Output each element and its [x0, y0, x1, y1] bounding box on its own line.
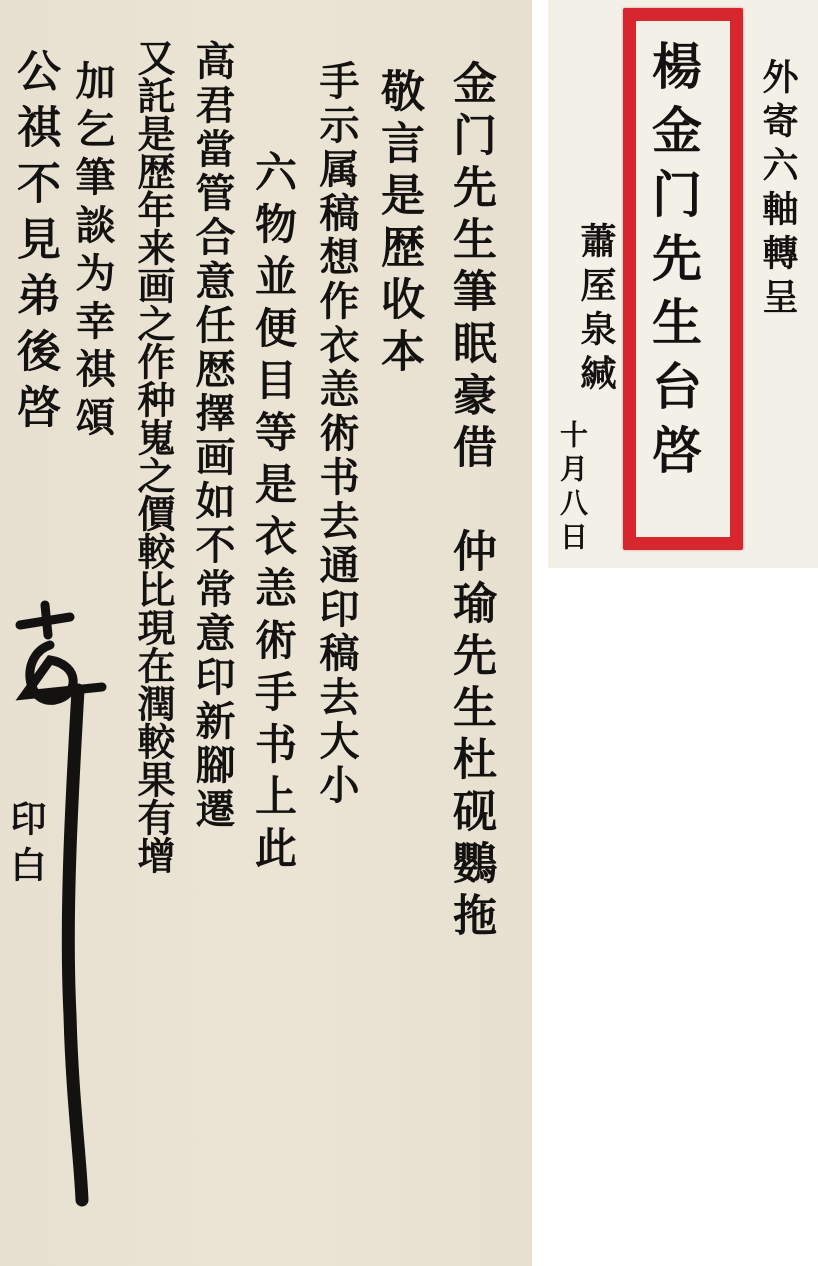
signature-flourish [10, 595, 110, 1215]
envelope-sender: 蕭厔泉緘 [578, 222, 614, 398]
letter-panel: 金门先生筆眠豪借 仲瑜先生杜砚鸚拖 敬言是歴收本 手示属稿想作衣恙術书去通印稿去… [0, 0, 532, 1266]
letter-column-3: 手示属稿想作衣恙術书去通印稿去大小 [316, 60, 356, 808]
letter-column-7: 加乞筆談为幸祺頌 [72, 60, 112, 444]
envelope-panel: 楊金门先生台啓 外寄六軸轉呈 蕭厔泉緘 十月八日 [548, 0, 818, 568]
envelope-recipient-note: 外寄六軸轉呈 [760, 58, 796, 322]
letter-column-8: 公祺不見弟後啓 [12, 48, 56, 440]
envelope-addressee: 楊金门先生台啓 [648, 40, 698, 488]
letter-column-6: 又託是歴年来画之作种嵬之價較比現在潤較果有增 [134, 38, 172, 874]
seal-note: 印白 [8, 800, 44, 892]
letter-column-4: 六物並便目等是衣恙術手书上此 [252, 150, 294, 878]
letter-column-1: 金门先生筆眠豪借 仲瑜先生杜砚鸚拖 [448, 60, 492, 944]
envelope-date: 十月八日 [558, 420, 586, 556]
letter-column-2: 敬言是歴收本 [376, 68, 420, 380]
letter-column-5: 高君當管合意任厯擇画如不常意印新腳遷 [192, 40, 232, 832]
